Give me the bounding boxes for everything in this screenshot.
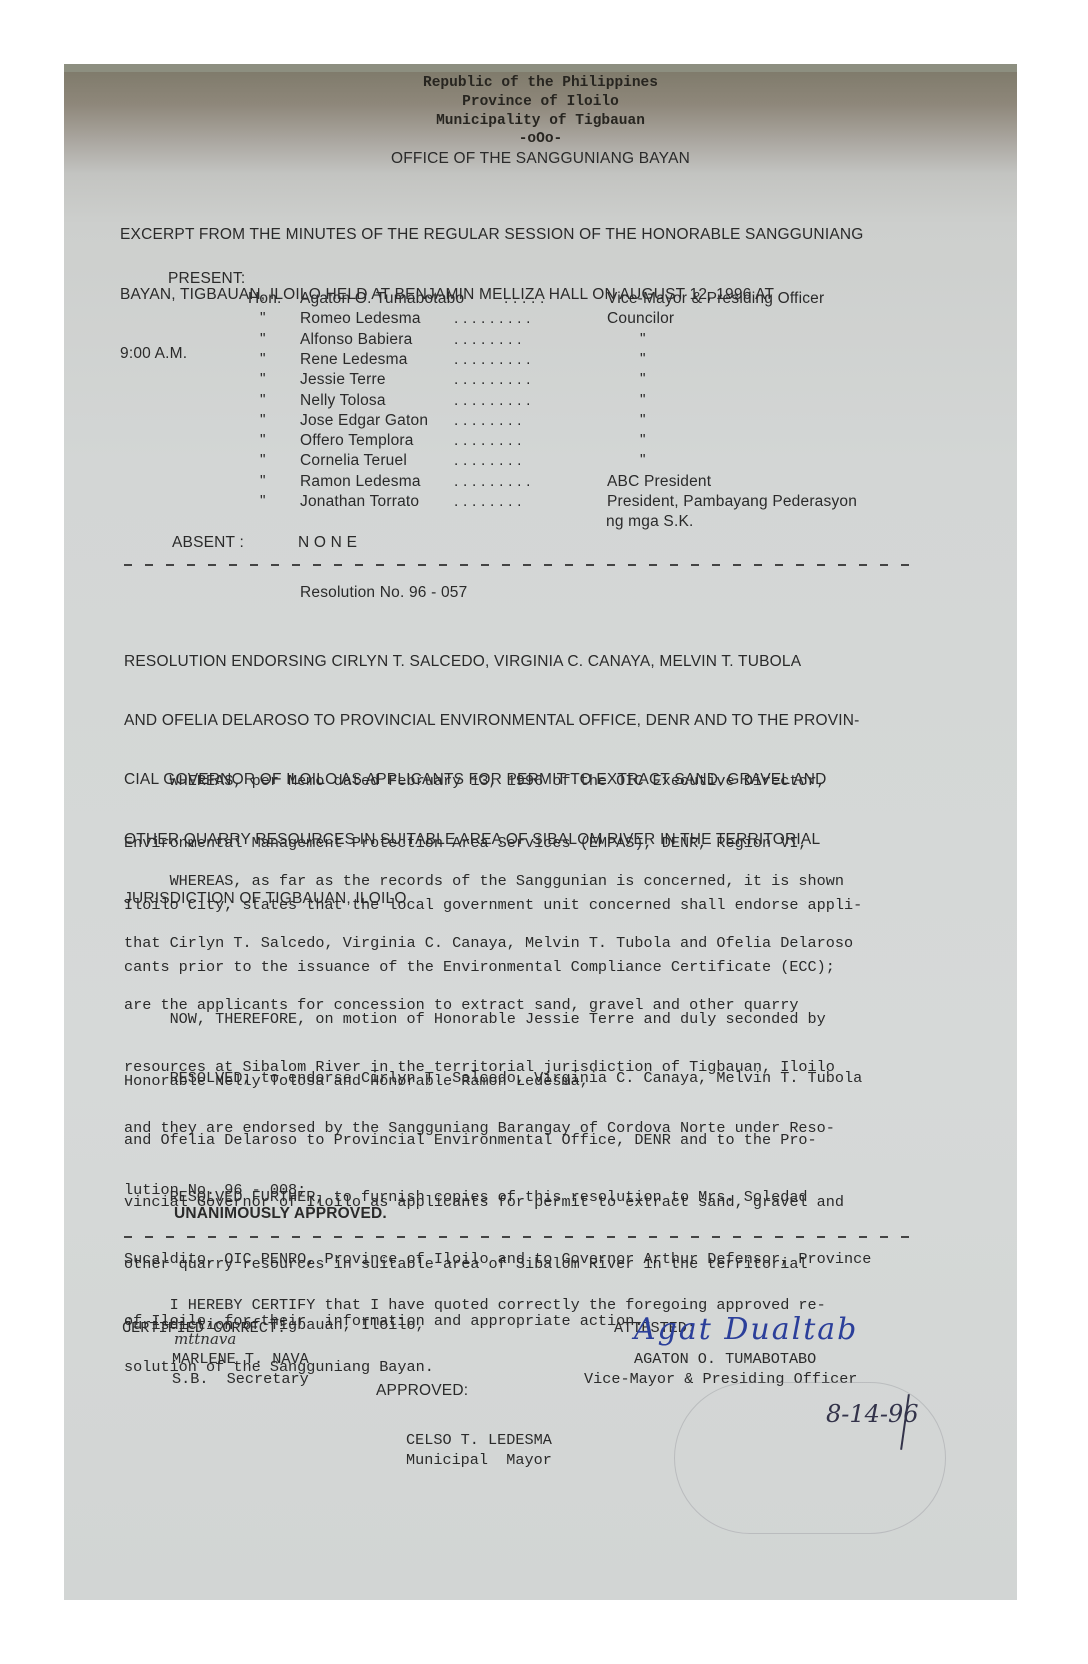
paragraph-line: that Cirlyn T. Salcedo, Virginia C. Cana… [124,933,974,954]
absent-label: ABSENT : [172,534,244,552]
member-prefix: " [260,371,266,391]
title-line: RESOLUTION ENDORSING CIRLYN T. SALCEDO, … [124,652,974,672]
mayor-name: CELSO T. LEDESMA [406,1430,552,1451]
member-name: Jose Edgar Gaton [300,412,428,432]
dot-leader: . . . . . . . . . [454,310,531,330]
vice-mayor-signature: Agat Dualtab [634,1312,858,1347]
member-prefix: Hon. [248,290,282,310]
dot-leader: . . . . . . . . [454,493,522,513]
member-prefix: " [260,331,266,351]
member-name: Jonathan Torrato [300,493,419,513]
header-ornament: -oOo- [64,130,1017,149]
divider [124,564,914,566]
secretary-signature: mttnava [174,1330,236,1348]
member-name: Nelly Tolosa [300,392,386,412]
paragraph-line: WHEREAS, as far as the records of the Sa… [124,871,974,892]
divider [124,1236,914,1238]
present-label: PRESENT: [168,270,245,288]
title-line: AND OFELIA DELAROSO TO PROVINCIAL ENVIRO… [124,711,974,731]
dot-leader: . . . . . . . . [454,412,522,432]
member-name: Rene Ledesma [300,351,408,371]
member-prefix: " [260,432,266,452]
header-republic: Republic of the Philippines [64,74,1017,93]
member-position: " [640,452,646,472]
dot-leader: . . . . . . . . . [454,473,531,493]
header-municipality: Municipality of Tigbauan [64,112,1017,131]
dot-leader: . . . . . . . . . [454,351,531,371]
member-prefix: " [260,392,266,412]
mayor-title: Municipal Mayor [406,1450,552,1471]
dot-leader: . . . . . . . . . [454,371,531,391]
member-prefix: " [260,351,266,371]
member-position: " [640,371,646,391]
member-name: Cornelia Teruel [300,452,407,472]
absent-value: N O N E [298,534,357,552]
member-name: Ramon Ledesma [300,473,421,493]
member-position: Vice-Mayor & Presiding Officer [607,290,824,310]
approval-status: UNANIMOUSLY APPROVED. [174,1205,387,1223]
member-position: " [640,432,646,452]
member-name: Romeo Ledesma [300,310,421,330]
member-position: " [640,412,646,432]
secretary-title: S.B. Secretary [172,1369,309,1390]
dot-leader: . . . . . . . . [454,331,522,351]
excerpt-line: EXCERPT FROM THE MINUTES OF THE REGULAR … [120,225,864,246]
member-name: Jessie Terre [300,371,386,391]
member-name: Offero Templora [300,432,414,452]
member-prefix: " [260,452,266,472]
member-prefix: " [260,493,266,513]
document-page: Republic of the Philippines Province of … [64,64,1017,1600]
dot-leader: . . . . . [504,290,545,310]
member-name: Alfonso Babiera [300,331,412,351]
secretary-name: MARLENE T. NAVA [172,1349,309,1370]
member-prefix: " [260,473,266,493]
member-position: President, Pambayang Pederasyon [607,493,857,513]
member-position: " [640,351,646,371]
dot-leader: . . . . . . . . [454,432,522,452]
header-province: Province of Iloilo [64,93,1017,112]
paragraph-line: RESOLVED, to endorse Cirlyn T. Salcedo, … [124,1068,974,1089]
member-name: Agaton O. Tumabotabo [300,290,464,310]
member-position: ABC President [607,473,711,493]
member-position: " [640,392,646,412]
member-position: Councilor [607,310,674,330]
member-position: " [640,331,646,351]
paragraph-line: WHEREAS, per Memo dated February 13, 199… [124,771,974,792]
dot-leader: . . . . . . . . [454,452,522,472]
member-prefix: " [260,310,266,330]
resolution-number: Resolution No. 96 - 057 [300,584,467,602]
header-office: OFFICE OF THE SANGGUNIANG BAYAN [64,149,1017,168]
vice-mayor-name: AGATON O. TUMABOTABO [634,1349,816,1370]
member-prefix: " [260,412,266,432]
dot-leader: . . . . . . . . . [454,392,531,412]
approved-label: APPROVED: [376,1382,468,1400]
position-continuation: ng mga S.K. [606,513,694,531]
